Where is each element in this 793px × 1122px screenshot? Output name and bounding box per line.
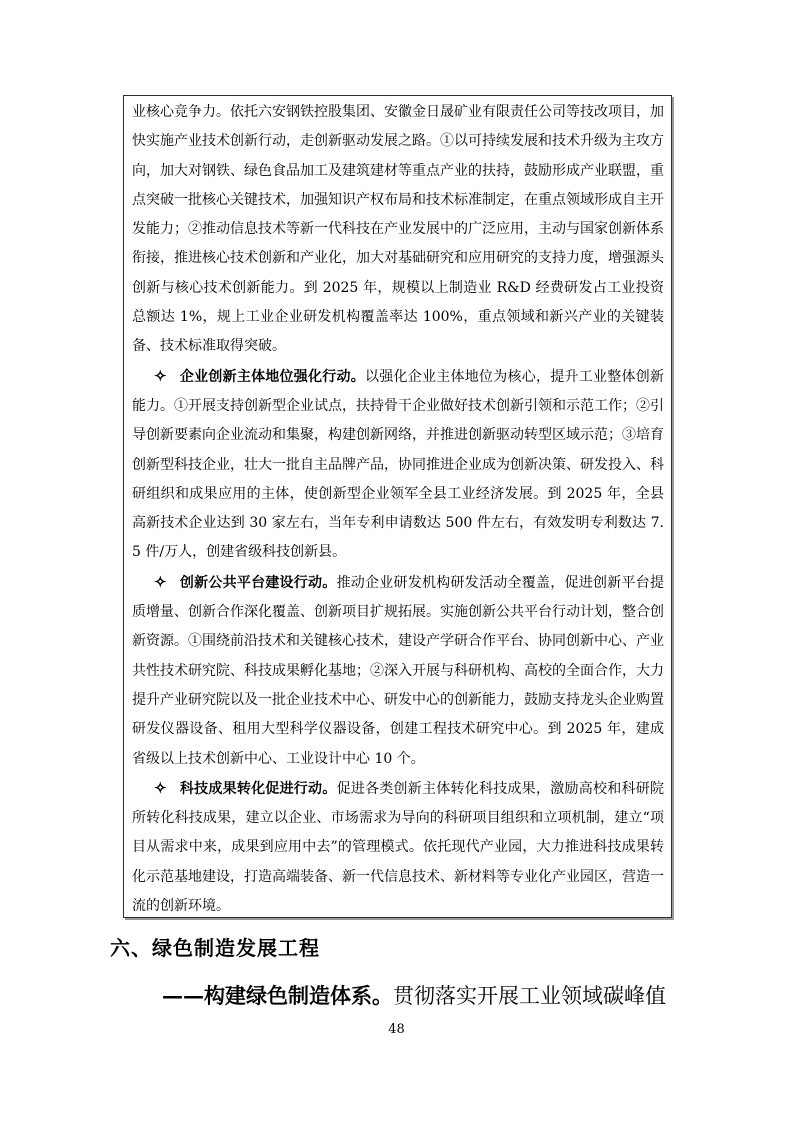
diamond-bullet-icon: ✧ bbox=[154, 367, 167, 385]
paragraph-text: 促进各类创新主体转化科技成果，激励高校和科研院所转化科技成果，建立以企业、市场需… bbox=[132, 781, 664, 914]
section-subheading: ——构建绿色制造体系。贯彻落实开展工业领域碳峰值 bbox=[162, 982, 666, 1010]
section-sub-text: 贯彻落实开展工业领域碳峰值 bbox=[393, 984, 666, 1008]
diamond-bullet-icon: ✧ bbox=[154, 779, 167, 797]
paragraph-text: 推动企业研发机构研发活动全覆盖，促进创新平台提质增量、创新合作深化覆盖、创新项目… bbox=[132, 575, 664, 767]
document-page: 业核心竞争力。依托六安钢铁控股集团、安徽金日晟矿业有限责任公司等技改项目，加快实… bbox=[0, 0, 793, 1122]
paragraph: 业核心竞争力。依托六安钢铁控股集团、安徽金日晟矿业有限责任公司等技改项目，加快实… bbox=[132, 98, 664, 362]
page-number: 48 bbox=[0, 1022, 793, 1037]
action-title: 企业创新主体地位强化行动。 bbox=[180, 369, 365, 385]
paragraph: ✧创新公共平台建设行动。推动企业研发机构研发活动全覆盖，促进创新平台提质增量、创… bbox=[132, 568, 664, 774]
text-box: 业核心竞争力。依托六安钢铁控股集团、安徽金日晟矿业有限责任公司等技改项目，加快实… bbox=[123, 95, 672, 918]
section-sub-lead: ——构建绿色制造体系。 bbox=[162, 983, 393, 1008]
paragraph: ✧科技成果转化促进行动。促进各类创新主体转化科技成果，激励高校和科研院所转化科技… bbox=[132, 774, 664, 921]
paragraph-text: 以强化企业主体地位为核心，提升工业整体创新能力。①开展支持创新型企业试点，扶持骨… bbox=[132, 369, 664, 561]
action-title: 科技成果转化促进行动。 bbox=[180, 781, 337, 797]
paragraph: ✧企业创新主体地位强化行动。以强化企业主体地位为核心，提升工业整体创新能力。①开… bbox=[132, 362, 664, 568]
action-title: 创新公共平台建设行动。 bbox=[180, 575, 337, 591]
section-heading: 六、绿色制造发展工程 bbox=[110, 936, 320, 960]
paragraph-text: 业核心竞争力。依托六安钢铁控股集团、安徽金日晟矿业有限责任公司等技改项目，加快实… bbox=[132, 104, 664, 354]
diamond-bullet-icon: ✧ bbox=[154, 573, 167, 591]
